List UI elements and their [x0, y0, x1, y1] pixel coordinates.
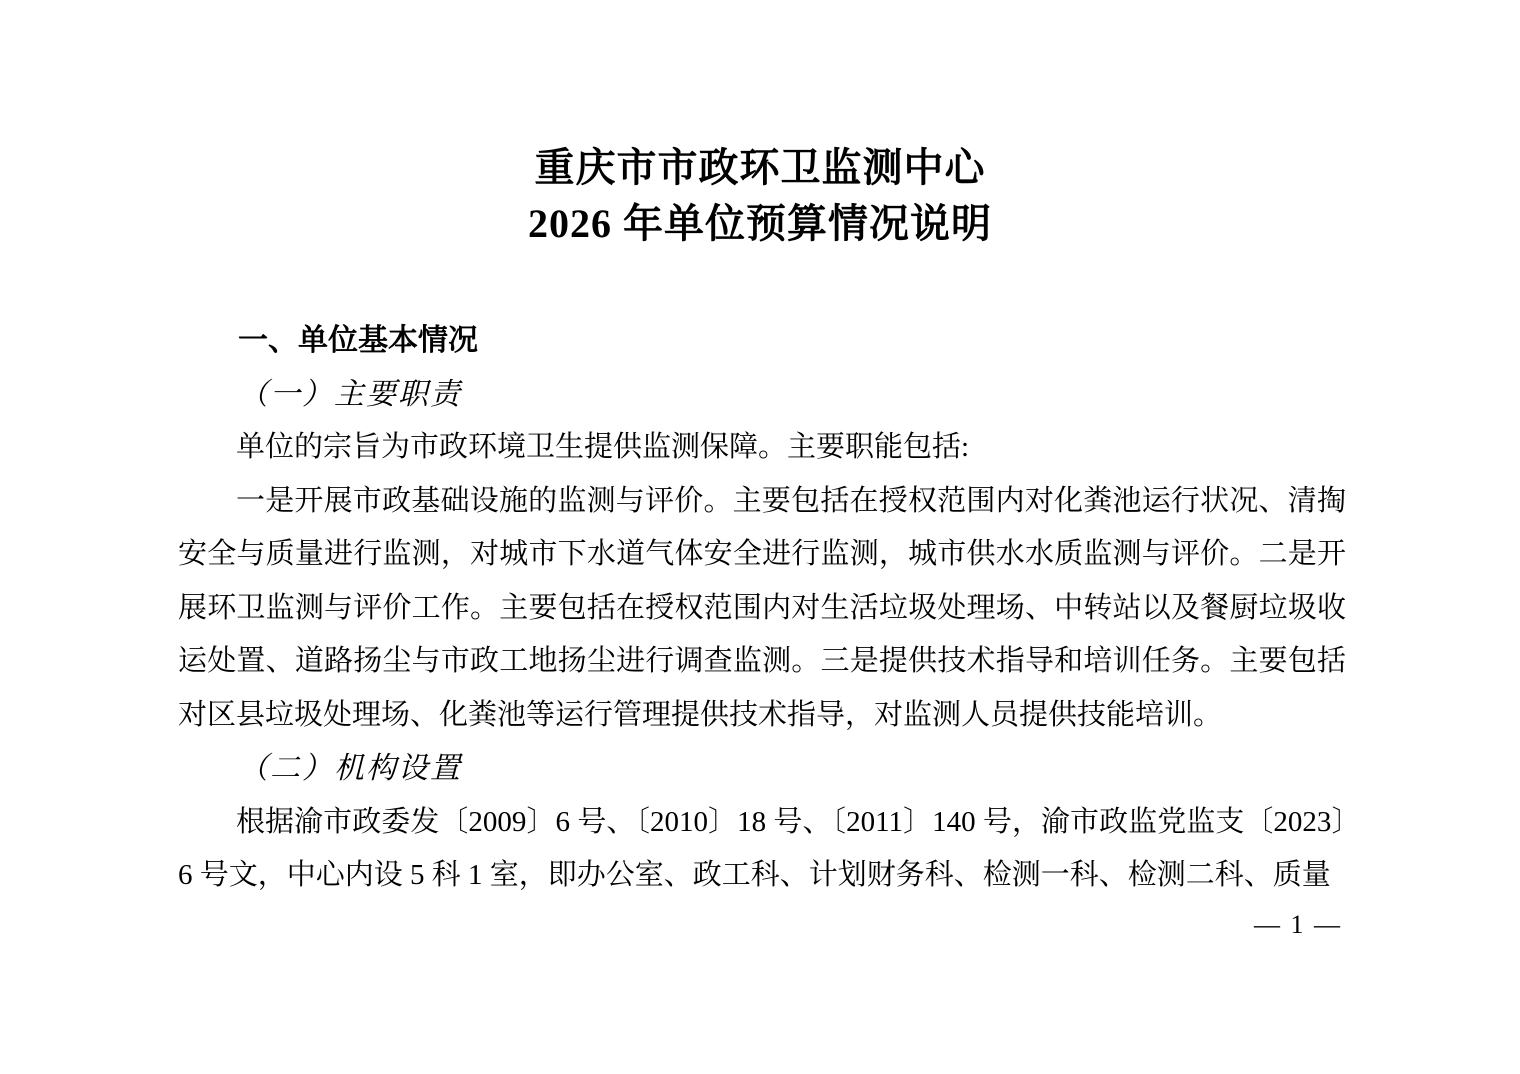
title-line-1: 重庆市市政环卫监测中心 [0, 140, 1520, 196]
paragraph-main-functions: 一是开展市政基础设施的监测与评价。主要包括在授权范围内对化粪池运行状况、清掏安全… [178, 475, 1346, 743]
document-page: 重庆市市政环卫监测中心 2026 年单位预算情况说明 一、单位基本情况 （一）主… [0, 0, 1520, 1074]
document-body: 一、单位基本情况 （一）主要职责 单位的宗旨为市政环境卫生提供监测保障。主要职能… [178, 314, 1346, 903]
page-number: — 1 — [1254, 910, 1342, 939]
paragraph-unit-purpose: 单位的宗旨为市政环境卫生提供监测保障。主要职能包括: [178, 421, 1346, 475]
title-line-2: 2026 年单位预算情况说明 [0, 196, 1520, 252]
paragraph-organization-structure: 根据渝市政委发〔2009〕6 号、〔2010〕18 号、〔2011〕140 号，… [178, 796, 1346, 903]
page-footer: — 1 — [1254, 905, 1342, 945]
subsection-heading-main-duties: （一）主要职责 [178, 368, 1346, 422]
document-title: 重庆市市政环卫监测中心 2026 年单位预算情况说明 [0, 140, 1520, 252]
section-heading-unit-basic-info: 一、单位基本情况 [178, 314, 1346, 368]
subsection-heading-organization-setup: （二）机构设置 [178, 742, 1346, 796]
